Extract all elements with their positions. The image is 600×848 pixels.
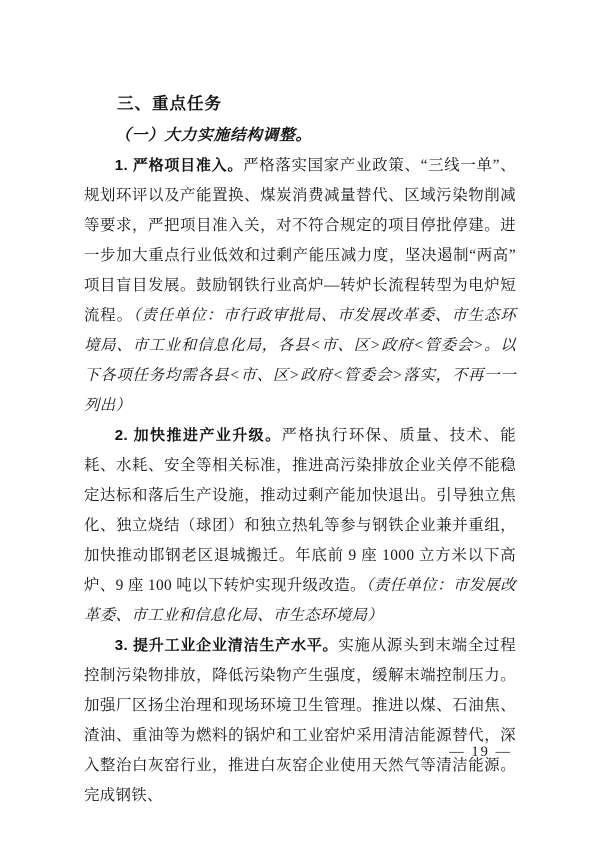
paragraph-1-lead: 1. 严格项目准入。	[115, 157, 243, 174]
paragraph-3-lead: 3. 提升工业企业清洁生产水平。	[115, 637, 339, 654]
document-page: 三、重点任务 （一）大力实施结构调整。 1. 严格项目准入。严格落实国家产业政策…	[0, 0, 600, 848]
paragraph-3-body: 实施从源头到末端全过程控制污染物排放，降低污染物产生强度，缓解末端控制压力。加强…	[84, 637, 516, 804]
paragraph-2-body: 严格执行环保、质量、技术、能耗、水耗、安全等相关标准，推进高污染排放企业关停不能…	[84, 427, 516, 594]
paragraph-2: 2. 加快推进产业升级。严格执行环保、质量、技术、能耗、水耗、安全等相关标准，推…	[84, 421, 516, 631]
section-heading: 三、重点任务	[84, 88, 516, 120]
paragraph-3: 3. 提升工业企业清洁生产水平。实施从源头到末端全过程控制污染物排放，降低污染物…	[84, 631, 516, 811]
paragraph-2-lead: 2. 加快推进产业升级。	[115, 427, 282, 444]
paragraph-1-body: 严格落实国家产业政策、“三线一单”、规划环评以及产能置换、煤炭消费减量替代、区域…	[84, 157, 516, 324]
subsection-heading: （一）大力实施结构调整。	[84, 120, 516, 151]
document-body: 三、重点任务 （一）大力实施结构调整。 1. 严格项目准入。严格落实国家产业政策…	[84, 88, 516, 811]
paragraph-1-responsibility-note: （责任单位：市行政审批局、市发展改革委、市生态环境局、市工业和信息化局，各县<市…	[84, 307, 516, 414]
paragraph-1: 1. 严格项目准入。严格落实国家产业政策、“三线一单”、规划环评以及产能置换、煤…	[84, 151, 516, 421]
page-number: — 19 —	[449, 744, 512, 761]
